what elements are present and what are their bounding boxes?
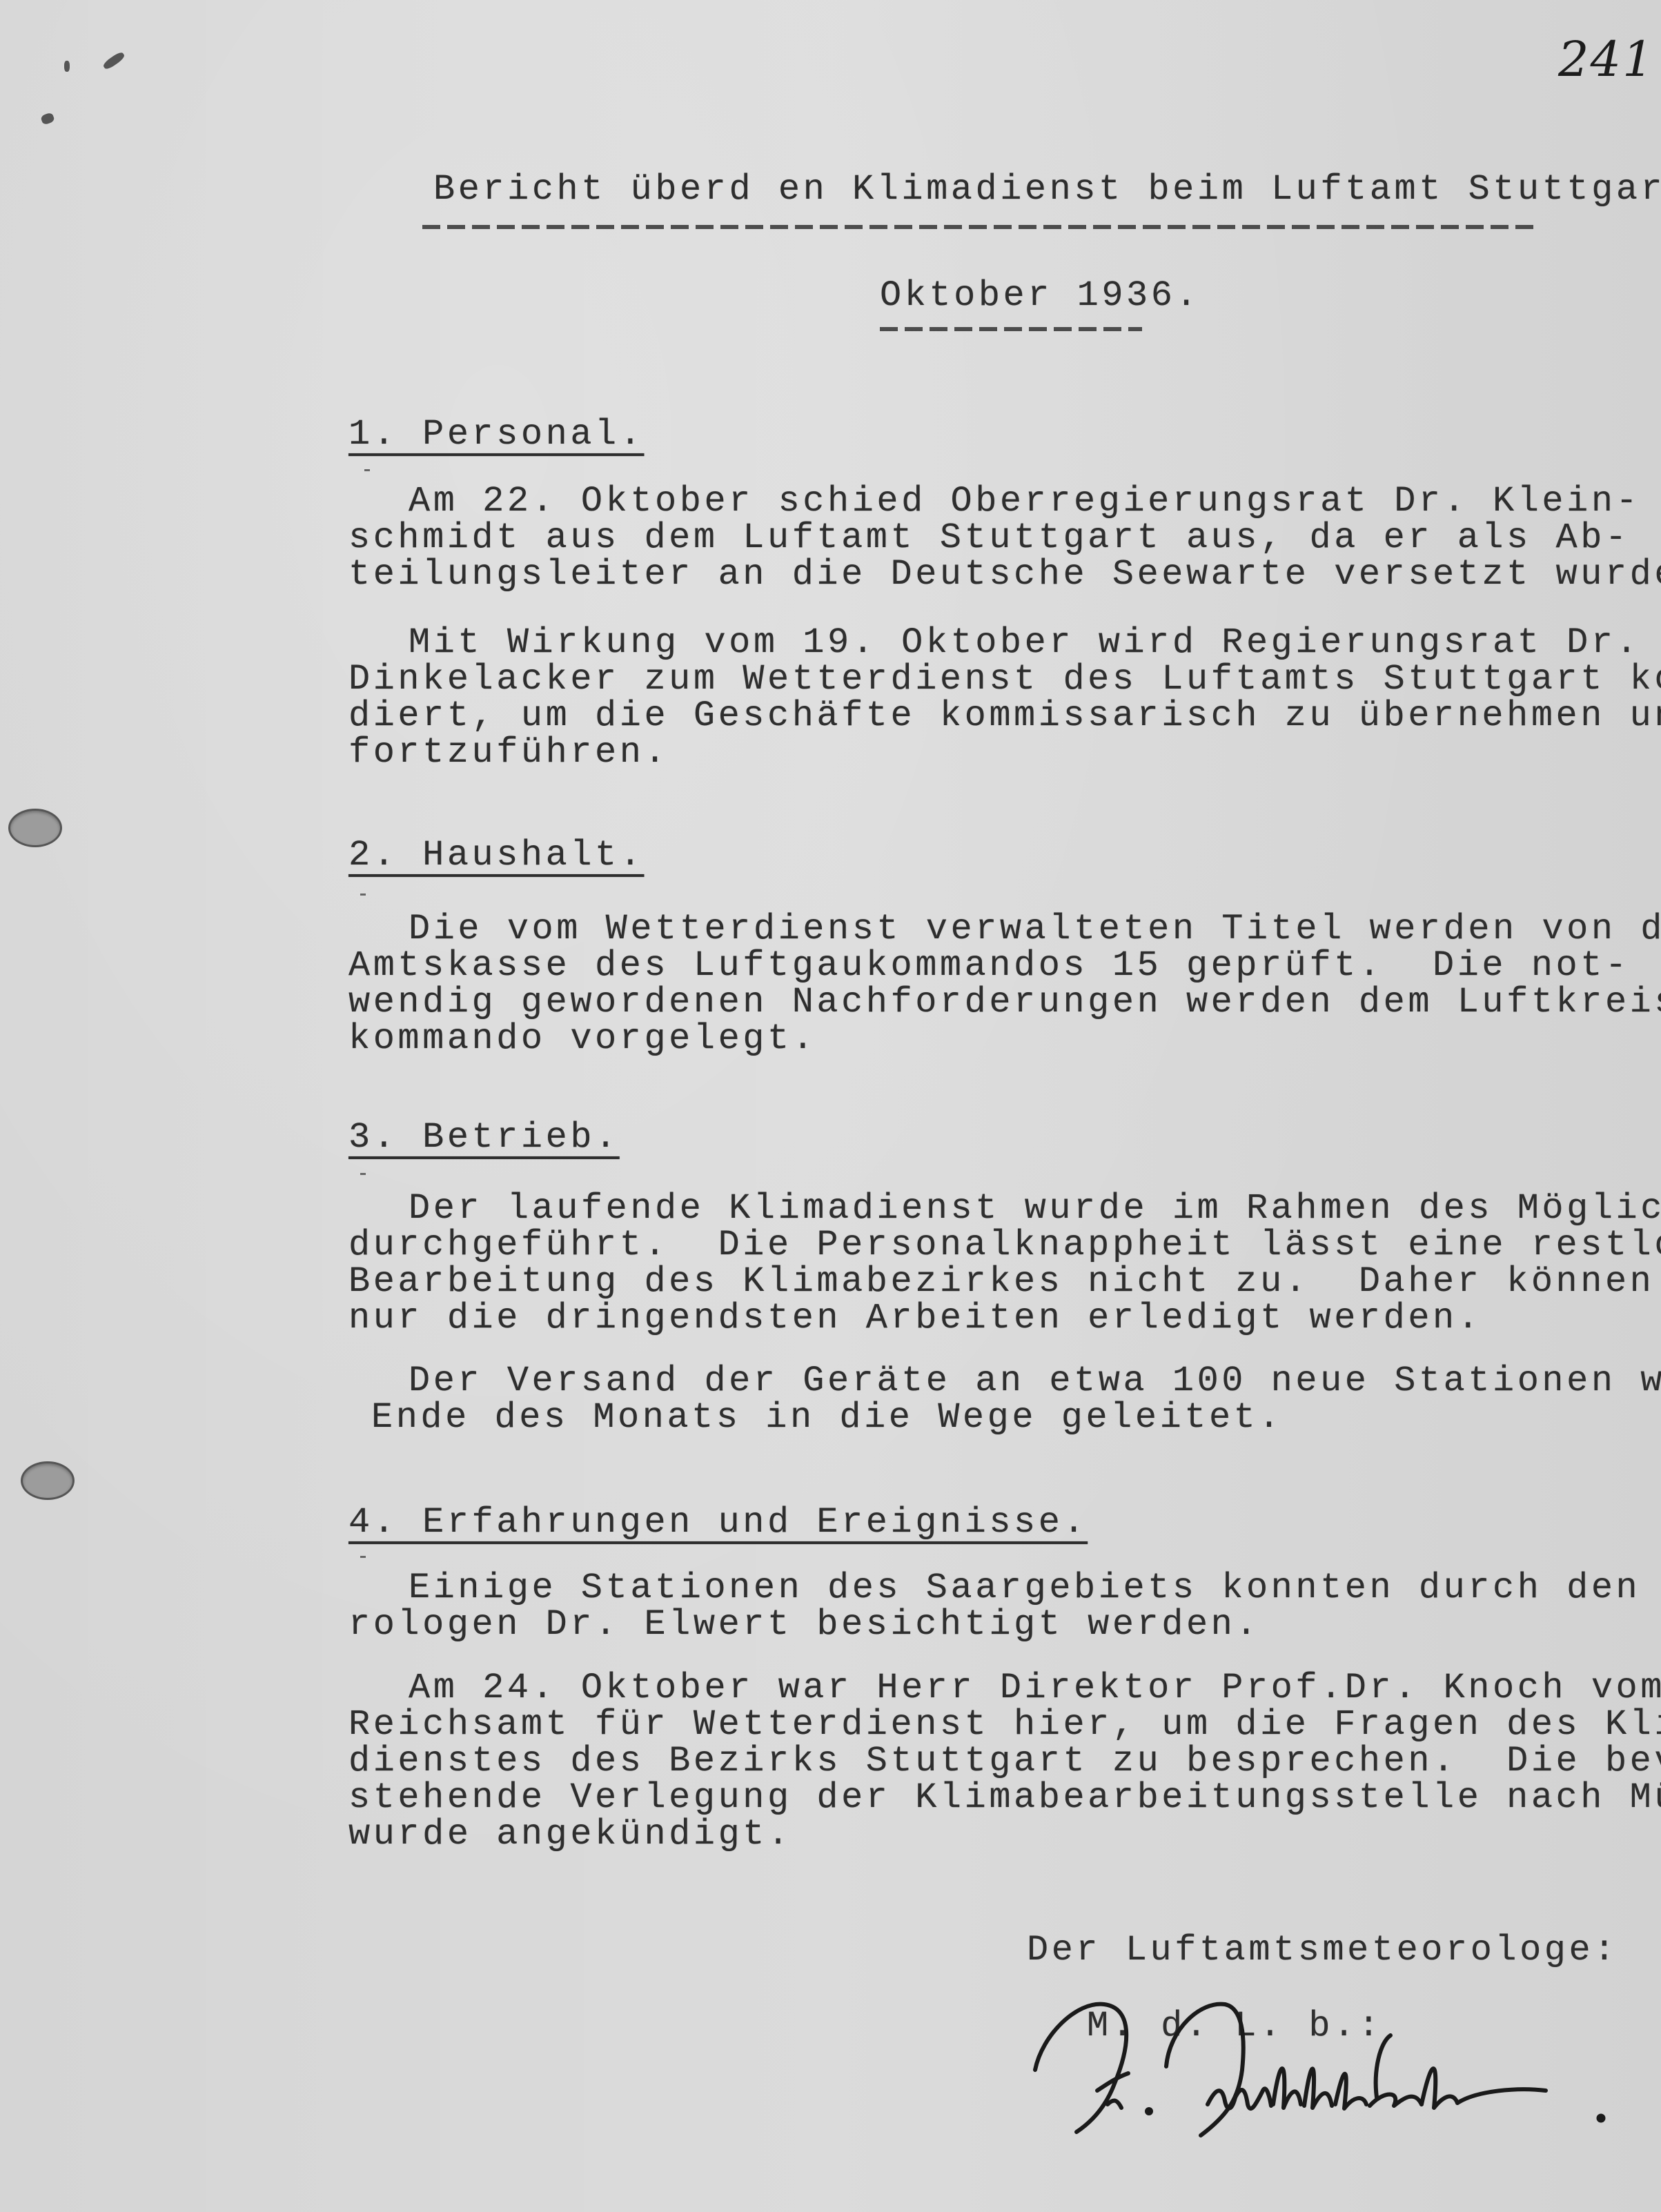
margin-mark [364,469,370,471]
paragraph-line: Der Versand der Geräte an etwa 100 neue … [409,1363,1661,1399]
closing-role: Der Luftamtsmeteorologe: [1027,1932,1618,1968]
section-heading-haushalt: 2. Haushalt. [348,837,644,873]
paragraph-line: Amtskasse des Luftgaukommandos 15 geprüf… [348,947,1630,984]
page-number: 241 [1558,31,1655,88]
paragraph-line: Der laufende Klimadienst wurde im Rahmen… [409,1190,1661,1227]
section-heading-erfahrungen: 4. Erfahrungen und Ereignisse. [348,1504,1088,1541]
paragraph-line: durchgeführt. Die Personalknappheit läss… [348,1227,1661,1263]
paragraph-line: Bearbeitung des Klimabezirkes nicht zu. … [348,1263,1661,1300]
paragraph-line: wendig gewordenen Nachforderungen werden… [348,984,1661,1020]
ink-speck [64,61,70,72]
paragraph-line: rologen Dr. Elwert besichtigt werden. [348,1606,1260,1643]
punch-hole-bottom [21,1461,75,1500]
section-heading-betrieb: 3. Betrieb. [348,1119,620,1156]
margin-mark [360,1556,366,1558]
paragraph-line: schmidt aus dem Luftamt Stuttgart aus, d… [348,520,1630,556]
margin-mark [360,1173,366,1175]
paragraph-line: nur die dringendsten Arbeiten erledigt w… [348,1300,1482,1336]
document-page: 241 Bericht überd en Klimadienst beim Lu… [0,0,1661,2212]
document-title: Bericht überd en Klimadienst beim Luftam… [433,171,1661,208]
paragraph-line: fortzuführen. [348,734,669,771]
paragraph-line: Am 22. Oktober schied Oberregierungsrat … [409,483,1640,520]
paragraph-line: wurde angekündigt. [348,1816,792,1853]
punch-hole-top [8,809,62,847]
date-underline [880,327,1142,331]
paragraph-line: teilungsleiter an die Deutsche Seewarte … [348,556,1661,593]
paragraph-line: Dinkelacker zum Wetterdienst des Luftamt… [348,661,1661,698]
paragraph-line: diert, um die Geschäfte kommissarisch zu… [348,698,1661,734]
paragraph-line: Mit Wirkung vom 19. Oktober wird Regieru… [409,624,1640,661]
margin-mark [360,893,366,896]
ink-speck [102,50,126,70]
paragraph-line: Ende des Monats in die Wege geleitet. [371,1399,1283,1436]
section-heading-personal: 1. Personal. [348,416,644,453]
document-date: Oktober 1936. [880,277,1200,314]
paragraph-line: kommando vorgelegt. [348,1020,816,1057]
signature-handwritten [994,1987,1629,2153]
paragraph-line: Einige Stationen des Saargebiets konnten… [409,1570,1661,1606]
paragraph-line: Am 24. Oktober war Herr Direktor Prof.Dr… [409,1670,1661,1706]
paragraph-line: Die vom Wetterdienst verwalteten Titel w… [409,911,1661,947]
paragraph-line: Reichsamt für Wetterdienst hier, um die … [348,1706,1661,1743]
title-underline [422,225,1535,229]
paragraph-line: stehende Verlegung der Klimabearbeitungs… [348,1779,1661,1816]
ink-speck [40,112,55,125]
paragraph-line: dienstes des Bezirks Stuttgart zu bespre… [348,1743,1661,1779]
